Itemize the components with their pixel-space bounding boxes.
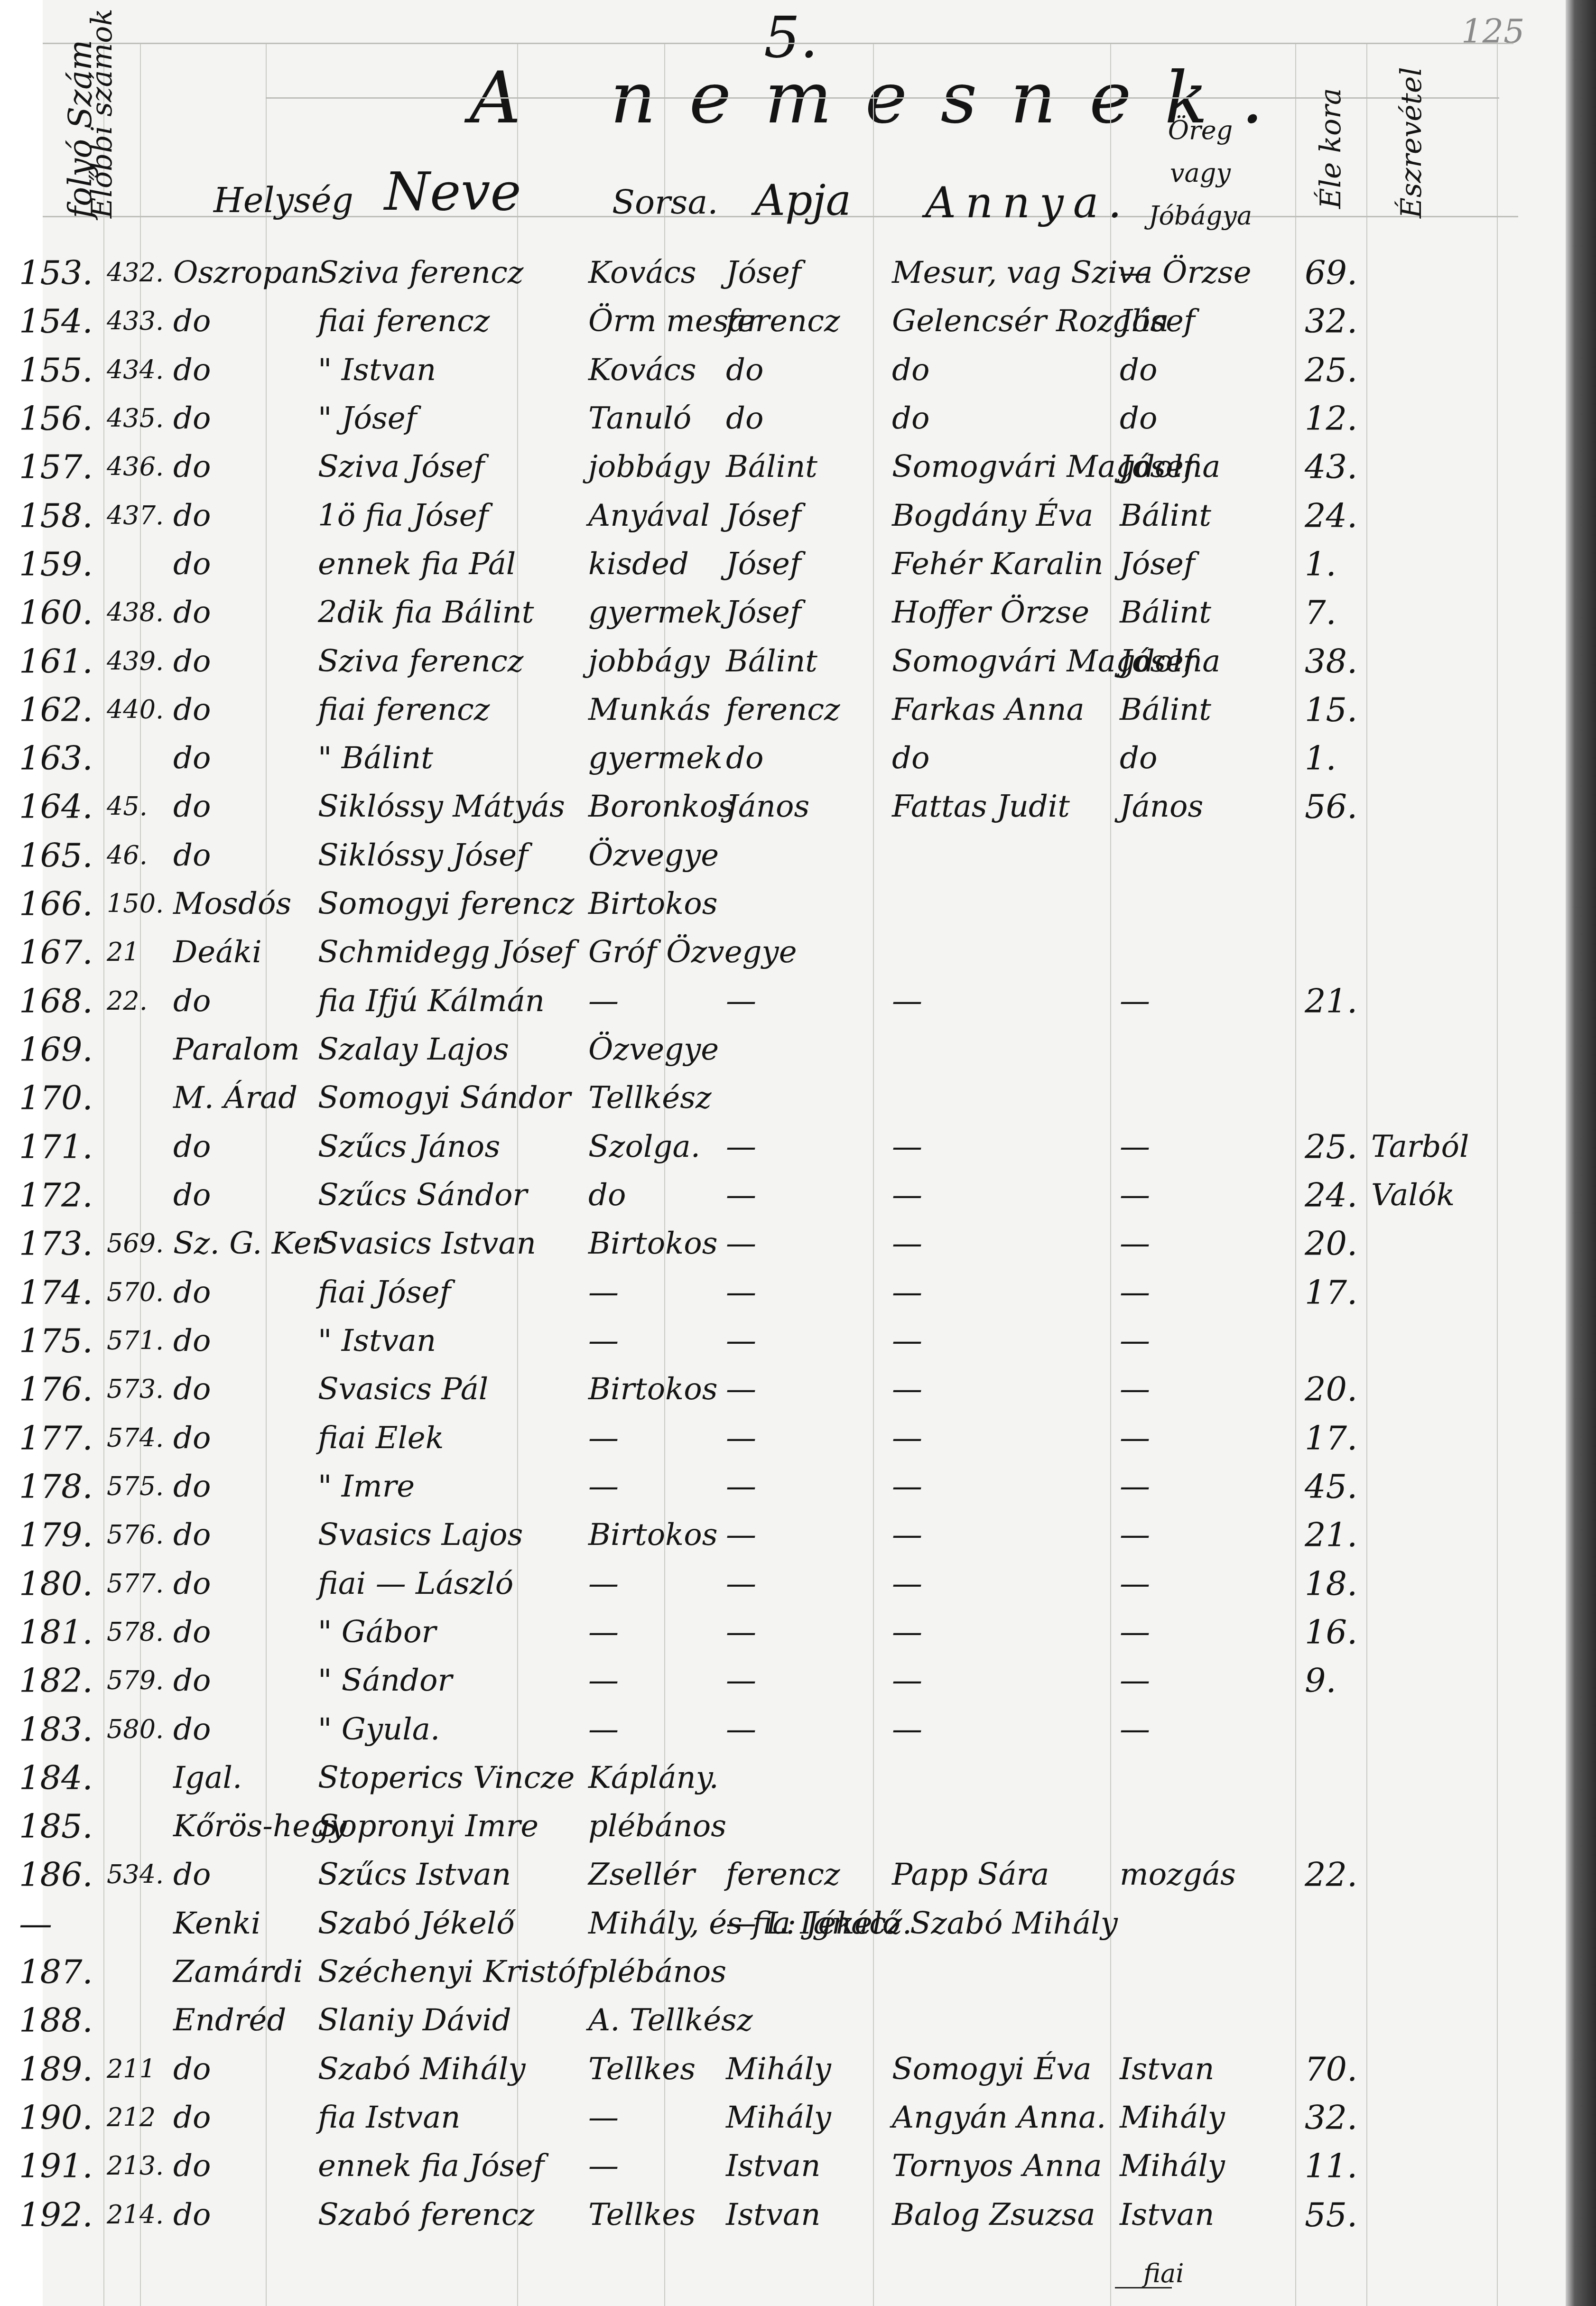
elder-cell: Mihály (1120, 2096, 1225, 2139)
status-cell: — (588, 1465, 619, 1508)
previous-number: 438. (107, 591, 164, 634)
father-cell: Jósef (726, 494, 801, 538)
place-cell: do (173, 1610, 211, 1654)
name-cell: fia Istvan (318, 2096, 461, 2139)
father-cell: Jósef (726, 591, 801, 634)
elder-cell: — (1120, 1125, 1150, 1169)
place-cell: do (173, 2047, 211, 2091)
father-cell: Jósef (726, 542, 801, 586)
name-cell: " Istvan (318, 348, 436, 392)
previous-number: 569. (107, 1222, 164, 1265)
place-cell: do (173, 542, 211, 586)
place-cell: Oszropan (173, 251, 320, 295)
elder-cell: Bálint (1120, 591, 1211, 634)
register-row: 168. 22. do fia Ifjú Kálmán — — — — 21. (43, 979, 1566, 1023)
place-cell: do (173, 397, 211, 440)
place-cell: do (173, 688, 211, 732)
previous-number: 534. (107, 1853, 164, 1897)
name-cell: fiai ferencz (318, 688, 490, 732)
previous-number: 580. (107, 1708, 164, 1751)
name-cell: Siklóssy Jósef (318, 834, 528, 877)
serial-number: 166. (19, 882, 93, 926)
status-cell: Özvegye (588, 834, 719, 877)
place-cell: do (173, 1708, 211, 1751)
age-cell: 43. (1305, 445, 1357, 489)
mother-cell: Balog Zsuzsa (892, 2193, 1095, 2237)
serial-number: 174. (19, 1271, 93, 1314)
status-cell: Tellkes (588, 2047, 696, 2091)
place-cell: do (173, 494, 211, 538)
name-cell: Szűcs Sándor (318, 1173, 527, 1217)
status-cell: Tanuló (588, 397, 691, 440)
name-cell: fiai ferencz (318, 299, 490, 343)
register-row: 180. 577. do fiai — László — — — — 18. (43, 1562, 1566, 1606)
register-row: 165. 46. do Siklóssy Jósef Özvegye (43, 834, 1566, 877)
father-cell: ferencz (726, 1853, 840, 1897)
age-cell: 17. (1305, 1416, 1357, 1460)
place-cell: Kenki (173, 1902, 260, 1945)
register-row: 190. 212 do fia Istvan — Mihály Angyán A… (43, 2096, 1566, 2139)
previous-number: 439. (107, 640, 164, 683)
previous-number: 212 (107, 2096, 156, 2139)
status-cell: Tellkész (588, 1076, 712, 1120)
place-cell: M. Árad (173, 1076, 297, 1120)
age-cell: 32. (1305, 2096, 1357, 2139)
age-cell: 69. (1305, 251, 1357, 295)
register-row: 156. 435. do " Jósef Tanuló do do do 12. (43, 397, 1566, 440)
serial-number: 163. (19, 736, 93, 780)
register-row: 176. 573. do Svasics Pál Birtokos — — — … (43, 1367, 1566, 1411)
previous-number: 213. (107, 2144, 164, 2188)
register-row: 169. Paralom Szalay Lajos Özvegye (43, 1028, 1566, 1071)
status-cell: Tellkes (588, 2193, 696, 2237)
elder-cell: — (1120, 1416, 1150, 1460)
father-cell: — (726, 979, 756, 1023)
age-cell: 21. (1305, 1513, 1357, 1557)
serial-number: 180. (19, 1562, 93, 1606)
father-cell: János (726, 785, 809, 828)
father-cell: Mihály (726, 2047, 831, 2091)
previous-number: 434. (107, 348, 164, 392)
page-number: 125 (1461, 12, 1525, 51)
elder-cell: — (1120, 979, 1150, 1023)
previous-number: 21 (107, 930, 139, 974)
place-cell: Endréd (173, 1999, 286, 2042)
status-cell: Gróf Özvegye (588, 930, 797, 974)
father-cell: — (726, 1562, 756, 1606)
father-cell: ferencz (726, 688, 840, 732)
column-header-status: Sorsa. (612, 183, 718, 222)
status-cell: plébános (588, 1950, 726, 1994)
footer-note: fiai (1143, 2259, 1184, 2288)
mother-cell: — (892, 1708, 922, 1751)
name-cell: Szűcs János (318, 1125, 500, 1169)
register-row: 188. Endréd Slaniy Dávid A. Tellkész (43, 1999, 1566, 2042)
place-cell: Mosdós (173, 882, 291, 926)
serial-number: 173. (19, 1222, 93, 1265)
mother-cell: Fehér Karalin (892, 542, 1104, 586)
name-cell: fiai Jósef (318, 1271, 451, 1314)
name-cell: fiai — László (318, 1562, 513, 1606)
elder-cell: — (1120, 1659, 1150, 1702)
status-cell: jobbágy (588, 445, 710, 489)
mother-cell: — (892, 979, 922, 1023)
previous-number: 45. (107, 785, 148, 828)
previous-number: 432. (107, 251, 164, 295)
register-row: 171. do Szűcs János Szolga. — — — 25. Ta… (43, 1125, 1566, 1169)
status-cell: Birtokos (588, 1367, 718, 1411)
father-cell: — L: Jékelő Szabó Mihály (726, 1902, 1118, 1945)
column-header-elder: Öreg vagy Jóbágya (1148, 109, 1253, 237)
previous-number: 573. (107, 1367, 164, 1411)
register-row: 154. 433. do fiai ferencz Örm mesar fere… (43, 299, 1566, 343)
name-cell: Siklóssy Mátyás (318, 785, 565, 828)
age-cell: 1. (1305, 736, 1336, 780)
place-cell: do (173, 2096, 211, 2139)
father-cell: — (726, 1125, 756, 1169)
age-cell: 70. (1305, 2047, 1357, 2091)
name-cell: Slaniy Dávid (318, 1999, 511, 2042)
place-cell: do (173, 1465, 211, 1508)
mother-cell: Papp Sára (892, 1853, 1049, 1897)
name-cell: Szabó Mihály (318, 2047, 526, 2091)
serial-number: 170. (19, 1076, 93, 1120)
age-cell: 11. (1305, 2144, 1357, 2188)
place-cell: Zamárdi (173, 1950, 303, 1994)
status-cell: do (588, 1173, 626, 1217)
serial-number: — (19, 1902, 52, 1945)
status-cell: Birtokos (588, 882, 718, 926)
serial-number: 189. (19, 2047, 93, 2091)
age-cell: 38. (1305, 640, 1357, 683)
age-cell: 12. (1305, 397, 1357, 440)
age-cell: 20. (1305, 1222, 1357, 1265)
name-cell: Svasics Lajos (318, 1513, 523, 1557)
place-cell: do (173, 1173, 211, 1217)
name-cell: fia Ifjú Kálmán (318, 979, 545, 1023)
register-row: 189. 211 do Szabó Mihály Tellkes Mihály … (43, 2047, 1566, 2091)
place-cell: do (173, 1562, 211, 1606)
status-cell: — (588, 979, 619, 1023)
father-cell: Istvan (726, 2193, 820, 2237)
age-cell: 1. (1305, 542, 1336, 586)
serial-number: 187. (19, 1950, 93, 1994)
serial-number: 160. (19, 591, 93, 634)
previous-number: 437. (107, 494, 164, 538)
name-cell: ennek fia Jósef (318, 2144, 544, 2188)
status-cell: Munkás (588, 688, 711, 732)
serial-number: 175. (19, 1319, 93, 1363)
previous-number: 46. (107, 834, 148, 877)
mother-cell: — (892, 1125, 922, 1169)
age-cell: 22. (1305, 1853, 1357, 1897)
place-cell: Deáki (173, 930, 262, 974)
elder-cell: Bálint (1120, 494, 1211, 538)
name-cell: Szabó ferencz (318, 2193, 534, 2237)
age-cell: 15. (1305, 688, 1357, 732)
mother-cell: do (892, 397, 930, 440)
register-row: 163. do " Bálint gyermek do do do 1. (43, 736, 1566, 780)
name-cell: Szabó Jékelő (318, 1902, 515, 1945)
mother-cell: do (892, 736, 930, 780)
father-cell: Bálint (726, 640, 817, 683)
age-cell: 7. (1305, 591, 1336, 634)
place-cell: do (173, 979, 211, 1023)
place-cell: do (173, 1513, 211, 1557)
mother-cell: — (892, 1173, 922, 1217)
mother-cell: — (892, 1659, 922, 1702)
place-cell: do (173, 785, 211, 828)
father-cell: — (726, 1222, 756, 1265)
mother-cell: — (892, 1610, 922, 1654)
serial-number: 165. (19, 834, 93, 877)
serial-number: 164. (19, 785, 93, 828)
serial-number: 191. (19, 2144, 93, 2188)
status-cell: Káplány. (588, 1756, 719, 1800)
elder-cell: Bálint (1120, 688, 1211, 732)
footer-stroke (1115, 2287, 1172, 2288)
place-cell: do (173, 1271, 211, 1314)
mother-cell: — (892, 1367, 922, 1411)
register-row: 172. do Szűcs Sándor do — — — 24. Valók (43, 1173, 1566, 1217)
place-cell: do (173, 640, 211, 683)
header-rule (43, 43, 1513, 44)
register-row: 183. 580. do " Gyula. — — — — (43, 1708, 1566, 1751)
age-cell: 55. (1305, 2193, 1357, 2237)
register-row: 181. 578. do " Gábor — — — — 16. (43, 1610, 1566, 1654)
status-cell: — (588, 1416, 619, 1460)
register-row: 167. 21 Deáki Schmidegg Jósef Gróf Özveg… (43, 930, 1566, 974)
previous-number: 577. (107, 1562, 164, 1606)
register-row: 182. 579. do " Sándor — — — — 9. (43, 1659, 1566, 1702)
age-cell: 16. (1305, 1610, 1357, 1654)
mother-cell: — (892, 1562, 922, 1606)
place-cell: do (173, 1416, 211, 1460)
place-cell: do (173, 834, 211, 877)
name-cell: Szalay Lajos (318, 1028, 509, 1071)
status-cell: — (588, 1610, 619, 1654)
register-row: 173. 569. Sz. G. Ker Svasics Istvan Birt… (43, 1222, 1566, 1265)
status-cell: Birtokos (588, 1222, 718, 1265)
name-cell: Széchenyi Kristóf (318, 1950, 587, 1994)
age-cell: 21. (1305, 979, 1357, 1023)
serial-number: 178. (19, 1465, 93, 1508)
elder-cell: do (1120, 348, 1158, 392)
name-cell: " Bálint (318, 736, 433, 780)
father-cell: — (726, 1708, 756, 1751)
register-row: 177. 574. do fiai Elek — — — — 17. (43, 1416, 1566, 1460)
elder-cell: — (1120, 1513, 1150, 1557)
remark-cell: Valók (1371, 1173, 1455, 1217)
serial-number: 182. (19, 1659, 93, 1702)
mother-cell: Hoffer Örzse (892, 591, 1089, 634)
register-row: 166. 150. Mosdós Somogyi ferencz Birtoko… (43, 882, 1566, 926)
father-cell: ferencz (726, 299, 840, 343)
father-cell: Mihály (726, 2096, 831, 2139)
name-cell: " Gábor (318, 1610, 436, 1654)
serial-number: 161. (19, 640, 93, 683)
serial-number: 167. (19, 930, 93, 974)
status-cell: kisded (588, 542, 689, 586)
elder-cell: — (1120, 1367, 1150, 1411)
book-binding (1566, 0, 1596, 2306)
age-cell: 17. (1305, 1271, 1357, 1314)
column-header-previous: Előbbi számok Sz. (85, 0, 119, 218)
elder-cell: — (1120, 1173, 1150, 1217)
serial-number: 156. (19, 397, 93, 440)
status-cell: Szolga. (588, 1125, 700, 1169)
mother-cell: Somogyi Éva (892, 2047, 1092, 2091)
name-cell: 1ö fia Jósef (318, 494, 488, 538)
place-cell: do (173, 445, 211, 489)
serial-number: 172. (19, 1173, 93, 1217)
age-cell: 24. (1305, 494, 1357, 538)
place-cell: do (173, 1319, 211, 1363)
elder-cell: — (1120, 1222, 1150, 1265)
column-header-place: Helység (213, 180, 353, 220)
elder-cell: — (1120, 1708, 1150, 1751)
status-cell: — (588, 1562, 619, 1606)
name-cell: Stoperics Vincze (318, 1756, 575, 1800)
register-row: 178. 575. do " Imre — — — — 45. (43, 1465, 1566, 1508)
column-header-name: Neve (384, 161, 521, 222)
serial-number: 190. (19, 2096, 93, 2139)
status-cell: Özvegye (588, 1028, 719, 1071)
place-cell: do (173, 2144, 211, 2188)
column-header-father: Apja (754, 176, 851, 225)
age-cell: 56. (1305, 785, 1357, 828)
serial-number: 158. (19, 494, 93, 538)
previous-number: 214. (107, 2193, 164, 2237)
serial-number: 155. (19, 348, 93, 392)
elder-cell: — (1120, 1271, 1150, 1314)
father-cell: — (726, 1610, 756, 1654)
register-row: 160. 438. do 2dik fia Bálint gyermek Jós… (43, 591, 1566, 634)
serial-number: 181. (19, 1610, 93, 1654)
previous-number: 150. (107, 882, 164, 926)
mother-cell: do (892, 348, 930, 392)
serial-number: 192. (19, 2193, 93, 2237)
elder-cell: — (1120, 1562, 1150, 1606)
elder-cell: Istvan (1120, 2047, 1214, 2091)
place-cell: Paralom (173, 1028, 300, 1071)
serial-number: 157. (19, 445, 93, 489)
father-cell: — (726, 1659, 756, 1702)
elder-cell: — (1120, 1610, 1150, 1654)
mother-cell: — (892, 1271, 922, 1314)
father-cell: — (726, 1465, 756, 1508)
column-header-mother: Annya. (925, 178, 1131, 228)
previous-number: 579. (107, 1659, 164, 1702)
elder-cell: do (1120, 397, 1158, 440)
father-cell: — (726, 1271, 756, 1314)
age-cell: 18. (1305, 1562, 1357, 1606)
mother-cell: Mesur, vag Sziva Örzse (892, 251, 1252, 295)
name-cell: " Istvan (318, 1319, 436, 1363)
serial-number: 177. (19, 1416, 93, 1460)
register-row: 187. Zamárdi Széchenyi Kristóf plébános (43, 1950, 1566, 1994)
elder-cell: Jósef (1120, 299, 1195, 343)
status-cell: Anyával (588, 494, 710, 538)
status-cell: gyermek (588, 591, 723, 634)
serial-number: 184. (19, 1756, 93, 1800)
register-row: 191. 213. do ennek fia Jósef — Istvan To… (43, 2144, 1566, 2188)
register-row: 185. Kőrös-hegy Sopronyi Imre plébános (43, 1804, 1566, 1848)
remark-cell: Tarból (1371, 1125, 1469, 1169)
register-row: 175. 571. do " Istvan — — — — (43, 1319, 1566, 1363)
status-cell: Kovács (588, 348, 696, 392)
register-row: 170. M. Árad Somogyi Sándor Tellkész (43, 1076, 1566, 1120)
serial-number: 169. (19, 1028, 93, 1071)
elder-cell: Jósef (1120, 640, 1195, 683)
name-cell: Sziva ferencz (318, 640, 524, 683)
mother-cell: — (892, 1222, 922, 1265)
register-row: 153. 432. Oszropan Sziva ferencz Kovács … (43, 251, 1566, 295)
previous-number: 22. (107, 979, 148, 1023)
status-cell: — (588, 1319, 619, 1363)
elder-cell: — (1120, 251, 1150, 295)
status-cell: Birtokos (588, 1513, 718, 1557)
father-cell: — (726, 1513, 756, 1557)
mother-cell: — (892, 1319, 922, 1363)
mother-cell: Farkas Anna (892, 688, 1085, 732)
name-cell: Somogyi ferencz (318, 882, 574, 926)
name-cell: Svasics Pál (318, 1367, 488, 1411)
status-cell: — (588, 1271, 619, 1314)
elder-cell: Jósef (1120, 542, 1195, 586)
elder-cell: do (1120, 736, 1158, 780)
previous-number: 433. (107, 299, 164, 343)
status-cell: — (588, 1708, 619, 1751)
name-cell: Sziva Jósef (318, 445, 484, 489)
column-header-remark: Észrevétel (1395, 67, 1428, 218)
status-cell: jobbágy (588, 640, 710, 683)
register-row: 164. 45. do Siklóssy Mátyás Boronkos Ján… (43, 785, 1566, 828)
father-cell: — (726, 1319, 756, 1363)
status-cell: A. Tellkész (588, 1999, 753, 2042)
name-cell: " Imre (318, 1465, 415, 1508)
father-cell: do (726, 736, 764, 780)
father-cell: Bálint (726, 445, 817, 489)
status-cell: — (588, 2096, 619, 2139)
name-cell: Sziva ferencz (318, 251, 524, 295)
name-cell: Schmidegg Jósef (318, 930, 575, 974)
place-cell: do (173, 1367, 211, 1411)
father-cell: Jósef (726, 251, 801, 295)
elder-cell: Mihály (1120, 2144, 1225, 2188)
register-row: 162. 440. do fiai ferencz Munkás ferencz… (43, 688, 1566, 732)
previous-number: 435. (107, 397, 164, 440)
previous-number: 578. (107, 1610, 164, 1654)
name-cell: 2dik fia Bálint (318, 591, 534, 634)
status-cell: — (588, 1659, 619, 1702)
place-cell: do (173, 299, 211, 343)
elder-cell: Jósef (1120, 445, 1195, 489)
father-cell: do (726, 397, 764, 440)
father-cell: Istvan (726, 2144, 820, 2188)
name-cell: " Jósef (318, 397, 417, 440)
previous-number: 571. (107, 1319, 164, 1363)
previous-number: 211 (107, 2047, 156, 2091)
status-cell: — (588, 2144, 619, 2188)
previous-number: 440. (107, 688, 164, 732)
previous-number: 576. (107, 1513, 164, 1557)
status-cell: Boronkos (588, 785, 733, 828)
register-row: 192. 214. do Szabó ferencz Tellkes Istva… (43, 2193, 1566, 2237)
status-cell: gyermek (588, 736, 723, 780)
serial-number: 186. (19, 1853, 93, 1897)
name-cell: Svasics Istvan (318, 1222, 536, 1265)
